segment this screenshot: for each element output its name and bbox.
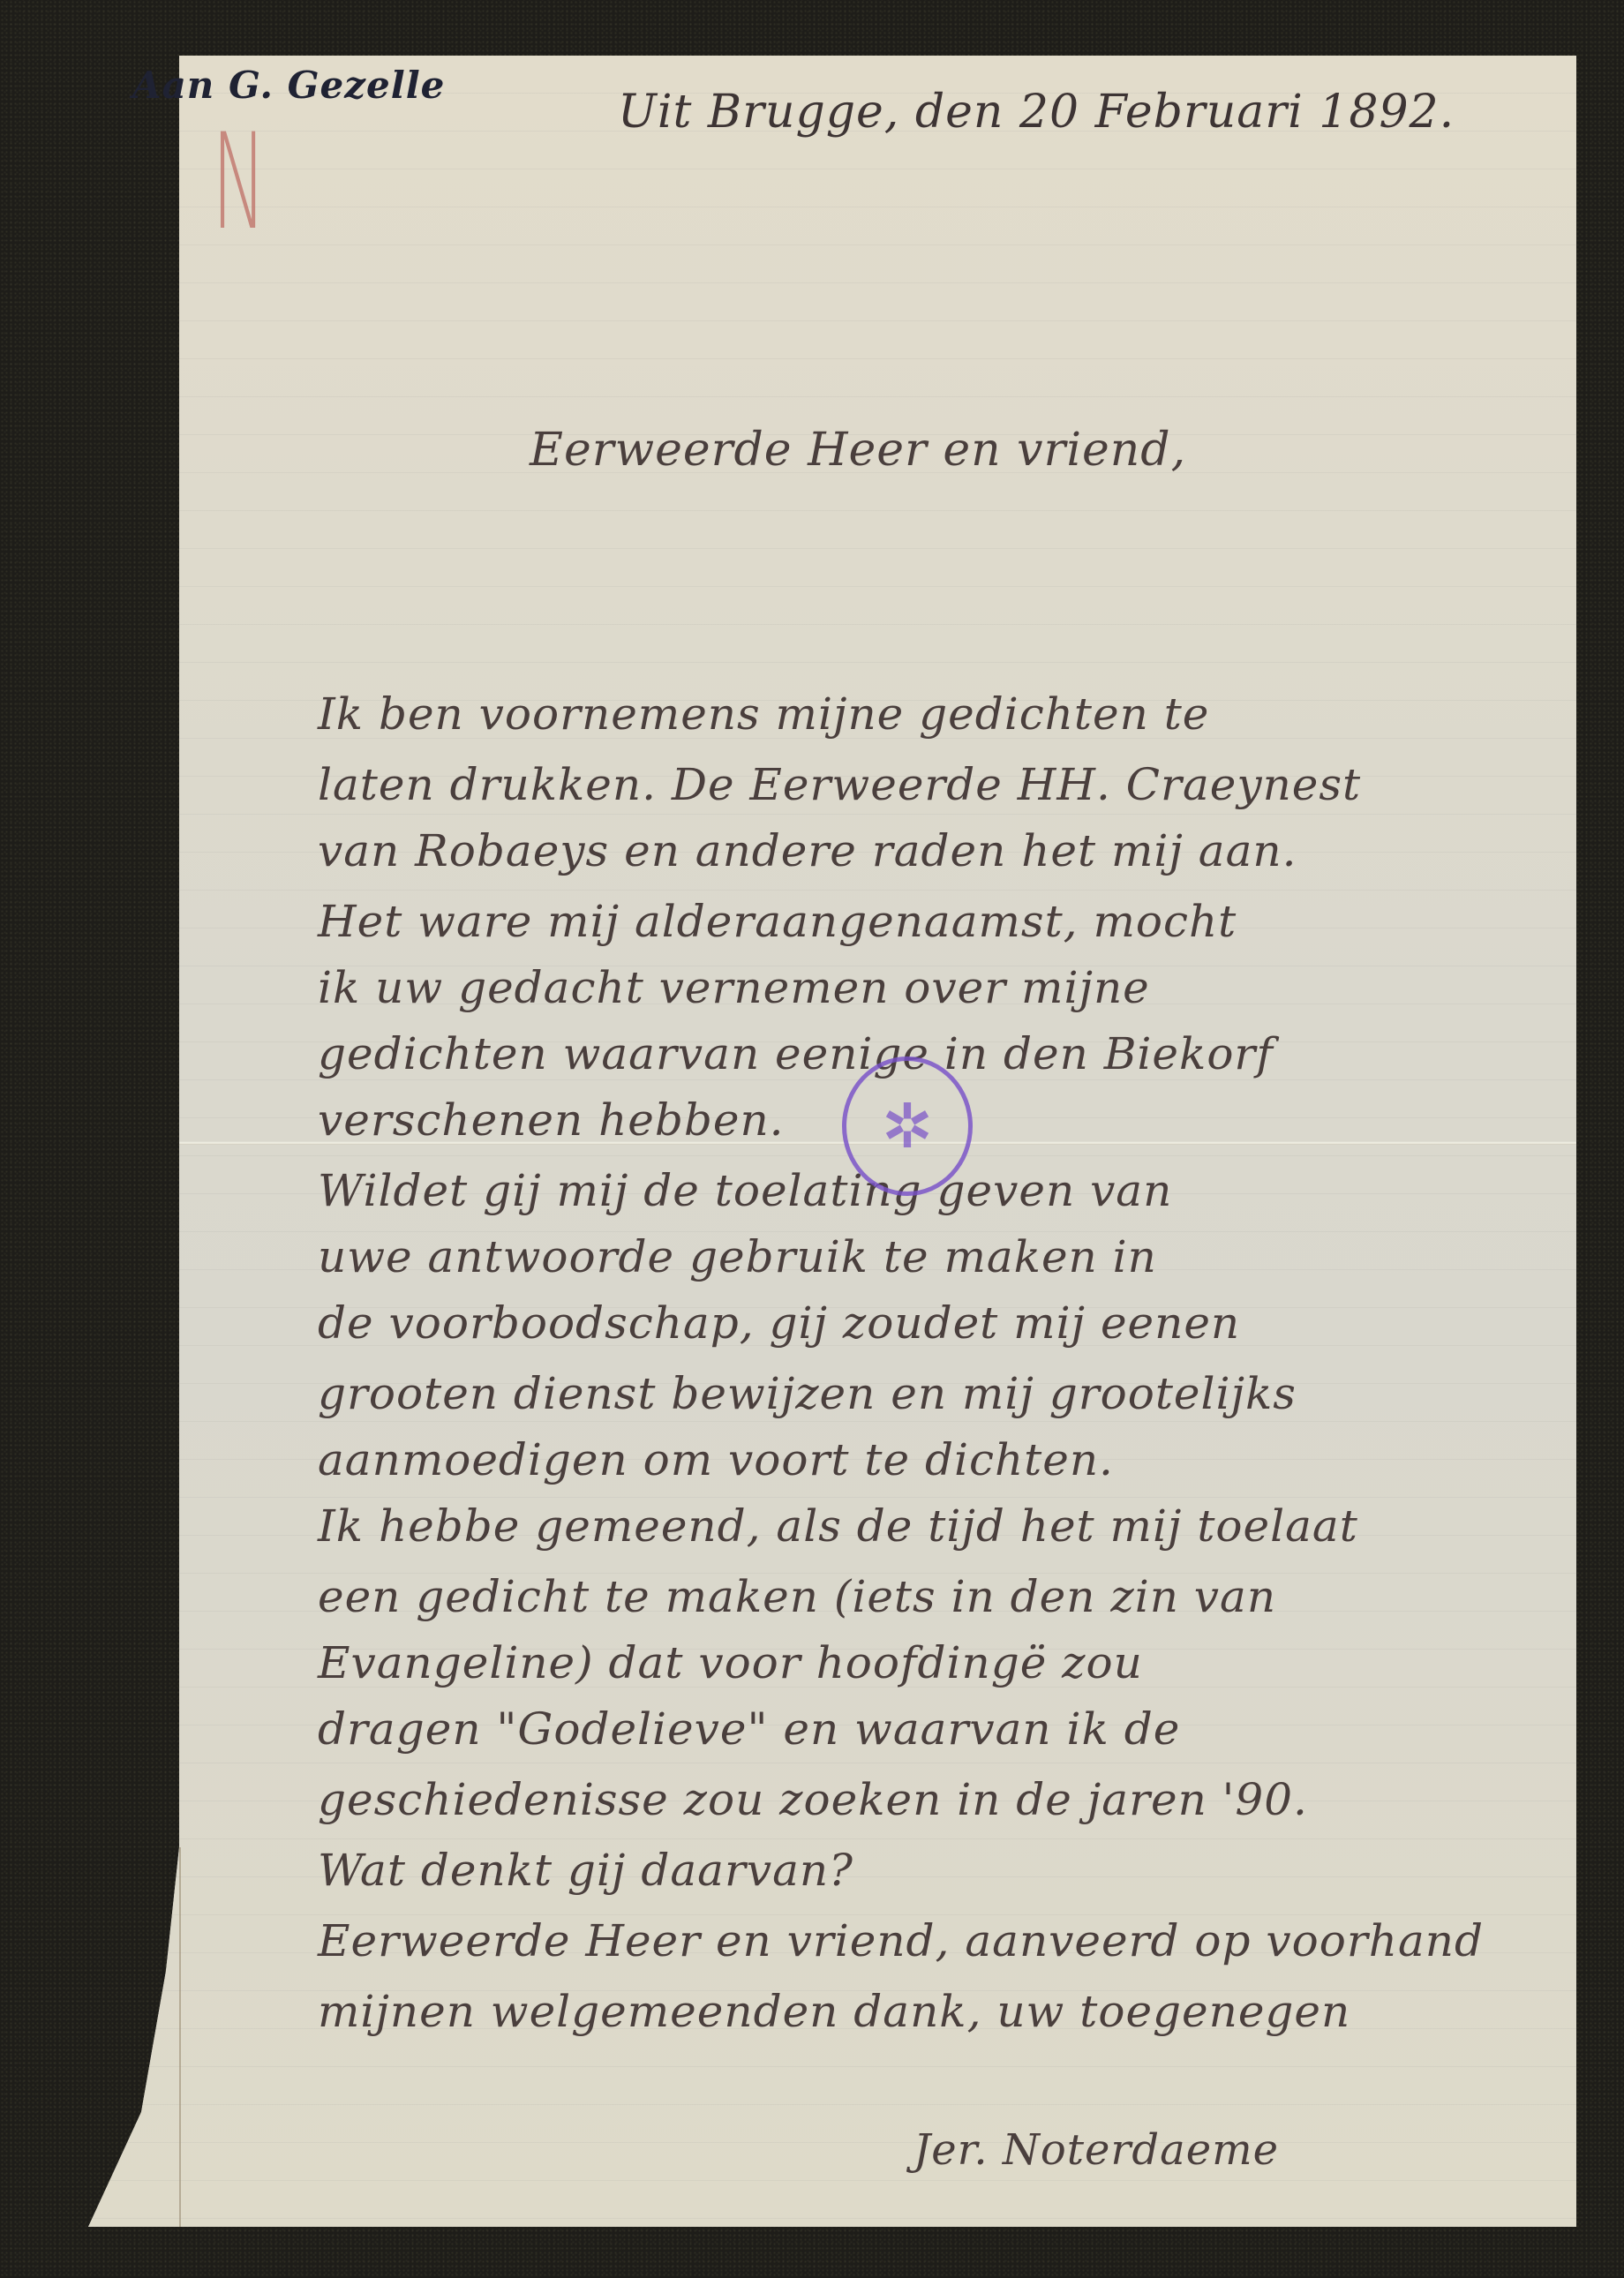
stamp-emblem-icon: ✲ xyxy=(862,1077,952,1176)
pencil-mark: N xyxy=(212,106,267,259)
body-line: verschenen hebben. xyxy=(318,1094,785,1146)
salutation: Eerweerde Heer en vriend, xyxy=(530,424,1186,477)
letter-sheet xyxy=(88,56,1576,2227)
body-line: Ik hebbe gemeend, als de tijd het mij to… xyxy=(318,1500,1358,1552)
body-line: aanmoedigen om voort te dichten. xyxy=(318,1434,1114,1485)
body-line: geschiedenisse zou zoeken in de jaren '9… xyxy=(318,1774,1308,1825)
archive-stamp: ✲ xyxy=(842,1056,973,1196)
body-line: grooten dienst bewijzen en mij grootelij… xyxy=(318,1368,1297,1419)
body-line: gedichten waarvan eenige in den Biekorf xyxy=(318,1028,1274,1079)
body-line: mijnen welgemeenden dank, uw toegenegen xyxy=(318,1986,1350,2037)
addressee-note: Aan G. Gezelle xyxy=(132,64,445,107)
body-line: laten drukken. De Eerweerde HH. Craeynes… xyxy=(318,759,1361,810)
dateline: Uit Brugge, den 20 Februari 1892. xyxy=(618,86,1455,139)
body-line: van Robaeys en andere raden het mij aan. xyxy=(318,825,1297,876)
torn-corner-fold-line xyxy=(179,1847,181,2227)
body-line: Eerweerde Heer en vriend, aanveerd op vo… xyxy=(318,1915,1484,1966)
body-line: Ik ben voornemens mijne gedichten te xyxy=(318,688,1209,740)
signature: Jer. Noterdaeme xyxy=(913,2125,1279,2175)
body-line: Het ware mij alderaangenaamst, mocht xyxy=(318,896,1237,947)
body-line: dragen "Godelieve" en waarvan ik de xyxy=(318,1703,1180,1755)
body-line: de voorboodschap, gij zoudet mij eenen xyxy=(318,1297,1240,1349)
body-line: uwe antwoorde gebruik te maken in xyxy=(318,1231,1157,1282)
body-line: een gedicht te maken (iets in den zin va… xyxy=(318,1571,1276,1622)
body-line: Wildet gij mij de toelating geven van xyxy=(318,1165,1172,1216)
body-line: Evangeline) dat voor hoofdingë zou xyxy=(318,1637,1143,1688)
body-line: ik uw gedacht vernemen over mijne xyxy=(318,962,1150,1013)
body-line: Wat denkt gij daarvan? xyxy=(318,1845,853,1896)
